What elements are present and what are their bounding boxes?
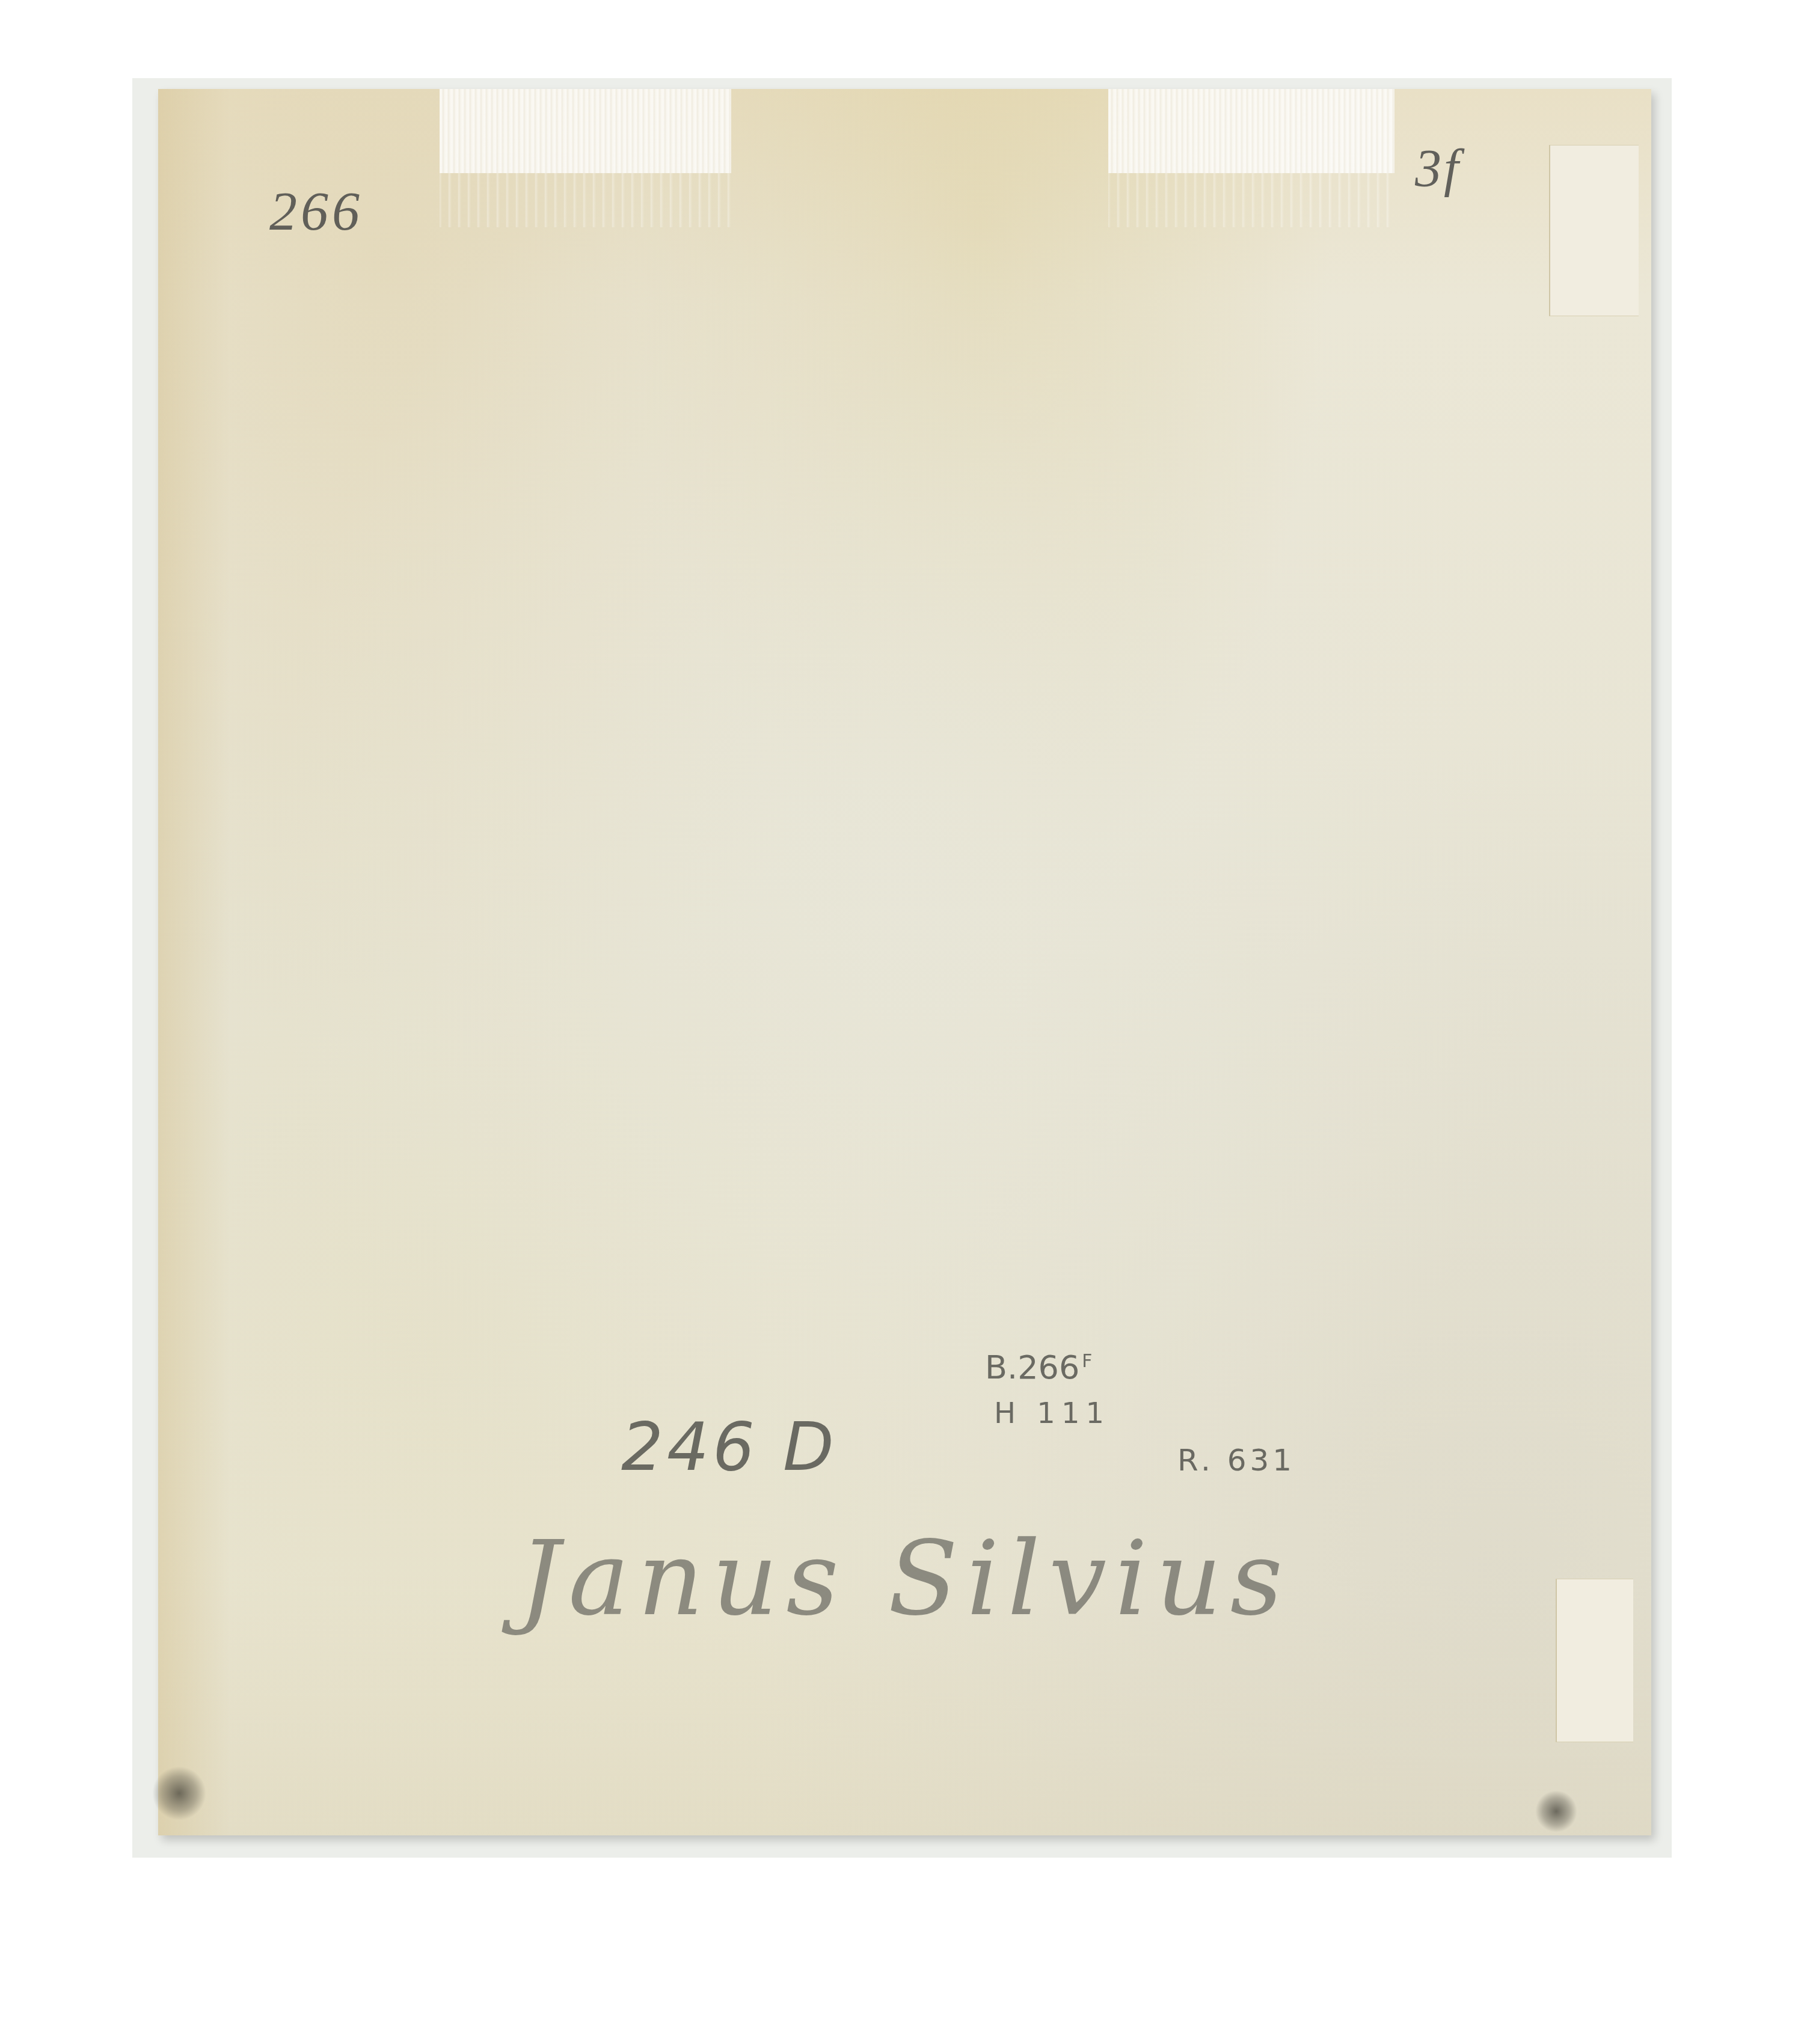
inscription-top-right: 3f	[1415, 138, 1461, 199]
hinge-tape-right	[1108, 89, 1394, 173]
hinge-tape-left	[440, 89, 731, 173]
inscription-name: Janus Silvius	[519, 1520, 1291, 1639]
inscription-catalogue-main: 246 D	[621, 1409, 838, 1486]
paper-tab-top-right	[1549, 145, 1639, 316]
paper-sheet: 266 3f 246 D B.266F H 111 R. 631 Janus S…	[158, 89, 1651, 1835]
corner-smudge-bottom-left	[152, 1766, 206, 1820]
inscription-catalogue-r: R. 631	[1177, 1443, 1295, 1478]
inscription-catalogue-h: H 111	[994, 1397, 1110, 1430]
catalogue-b-superscript: F	[1082, 1351, 1092, 1372]
sheet-left-discoloration	[158, 89, 230, 1835]
inscription-top-left: 266	[269, 179, 363, 243]
inscription-catalogue-b: B.266F	[985, 1348, 1092, 1386]
paper-tab-bottom-right	[1556, 1579, 1633, 1742]
catalogue-b-number: B.266	[985, 1348, 1079, 1386]
corner-smudge-bottom-right	[1535, 1790, 1577, 1832]
